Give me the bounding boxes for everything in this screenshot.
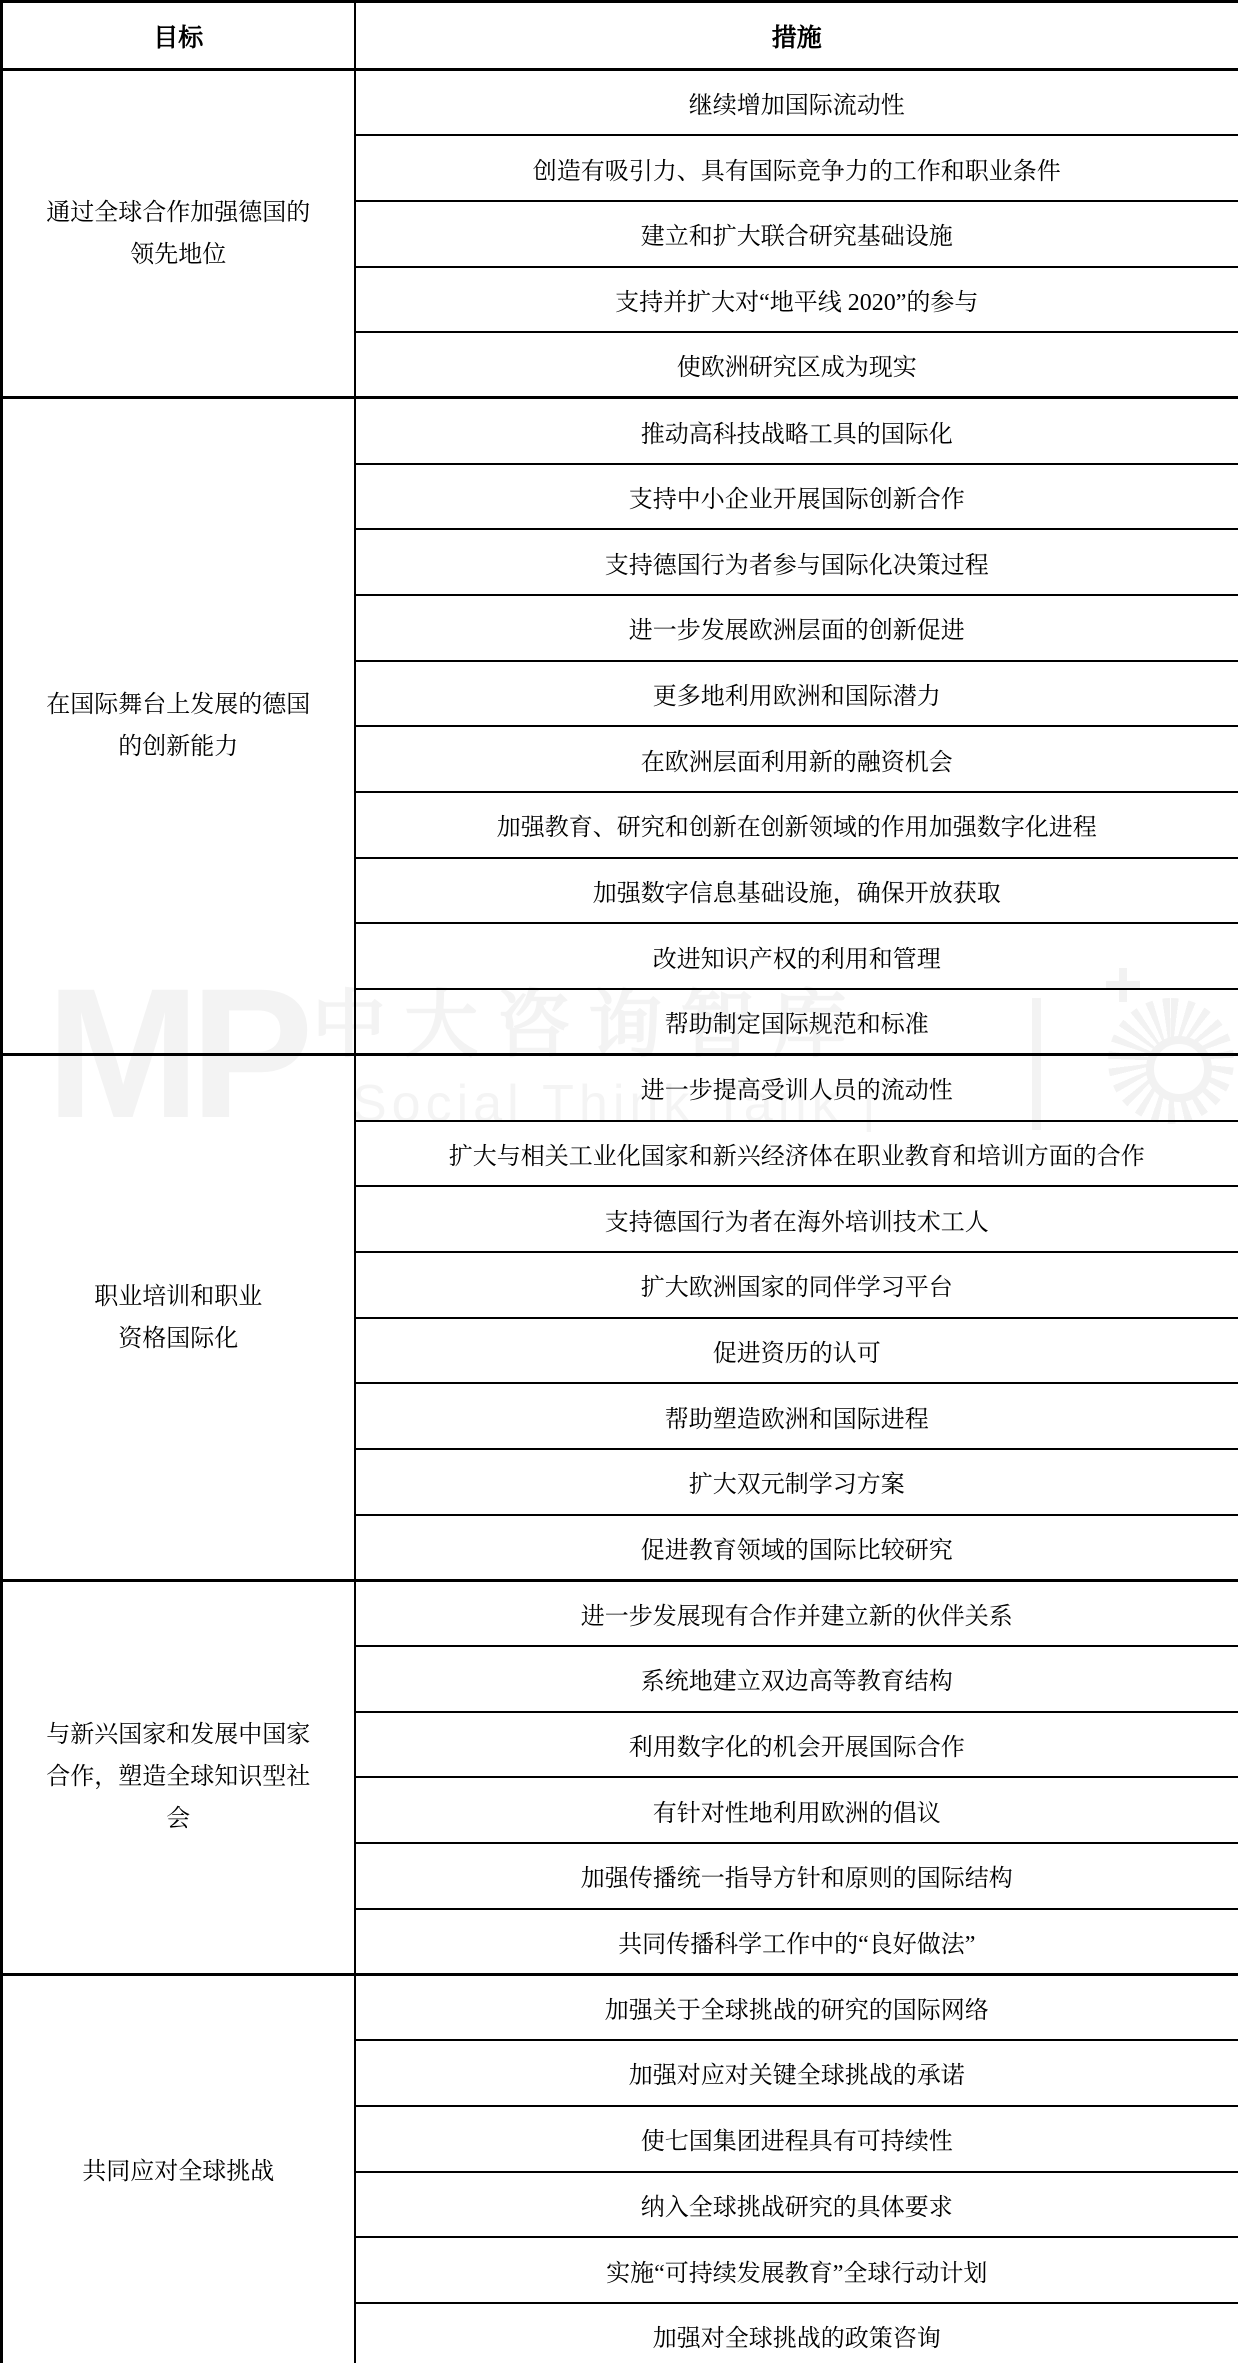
goal-text-line: 合作，塑造全球知识型社 (31, 1756, 326, 1798)
measure-cell: 帮助塑造欧洲和国际进程 (355, 1383, 1238, 1449)
measure-cell: 促进教育领域的国际比较研究 (355, 1515, 1238, 1581)
goal-text-line: 共同应对全球挑战 (31, 2151, 326, 2193)
page: MP 中大咨询智库 Social Think Tank | 目标 措施 通过全球… (0, 0, 1238, 2363)
measure-cell: 纳入全球挑战研究的具体要求 (355, 2172, 1238, 2238)
measure-cell: 扩大双元制学习方案 (355, 1449, 1238, 1515)
measure-cell: 支持中小企业开展国际创新合作 (355, 464, 1238, 530)
measure-cell: 建立和扩大联合研究基础设施 (355, 201, 1238, 267)
goal-cell-section-1: 通过全球合作加强德国的领先地位 (2, 70, 355, 398)
measure-cell: 系统地建立双边高等教育结构 (355, 1646, 1238, 1712)
measure-cell: 更多地利用欧洲和国际潜力 (355, 661, 1238, 727)
header-row: 目标 措施 (2, 2, 1238, 70)
measure-cell: 实施“可持续发展教育”全球行动计划 (355, 2237, 1238, 2303)
measure-cell: 加强对应对关键全球挑战的承诺 (355, 2040, 1238, 2106)
measure-cell: 帮助制定国际规范和标准 (355, 989, 1238, 1055)
measure-cell: 加强数字信息基础设施，确保开放获取 (355, 858, 1238, 924)
header-measures: 措施 (355, 2, 1238, 70)
measure-cell: 加强传播统一指导方针和原则的国际结构 (355, 1843, 1238, 1909)
measure-cell: 加强教育、研究和创新在创新领域的作用加强数字化进程 (355, 792, 1238, 858)
table-body: 通过全球合作加强德国的领先地位继续增加国际流动性创造有吸引力、具有国际竞争力的工… (2, 70, 1238, 2363)
measure-cell: 利用数字化的机会开展国际合作 (355, 1712, 1238, 1778)
measure-cell: 使七国集团进程具有可持续性 (355, 2106, 1238, 2172)
goal-cell-section-4: 与新兴国家和发展中国家合作，塑造全球知识型社会 (2, 1580, 355, 1974)
measure-cell: 使欧洲研究区成为现实 (355, 332, 1238, 398)
goal-text-line: 资格国际化 (31, 1318, 326, 1360)
goal-text-line: 职业培训和职业 (31, 1276, 326, 1318)
goal-text-line: 与新兴国家和发展中国家 (31, 1714, 326, 1756)
measure-cell: 有针对性地利用欧洲的倡议 (355, 1777, 1238, 1843)
measure-cell: 共同传播科学工作中的“良好做法” (355, 1909, 1238, 1975)
measure-cell: 在欧洲层面利用新的融资机会 (355, 726, 1238, 792)
measure-cell: 加强关于全球挑战的研究的国际网络 (355, 1974, 1238, 2040)
table-row: 职业培训和职业资格国际化进一步提高受训人员的流动性 (2, 1055, 1238, 1121)
table-row: 共同应对全球挑战加强关于全球挑战的研究的国际网络 (2, 1974, 1238, 2040)
measure-cell: 推动高科技战略工具的国际化 (355, 398, 1238, 464)
goal-text-line: 领先地位 (31, 234, 326, 276)
measure-cell: 扩大与相关工业化国家和新兴经济体在职业教育和培训方面的合作 (355, 1121, 1238, 1187)
measure-cell: 进一步发展现有合作并建立新的伙伴关系 (355, 1580, 1238, 1646)
table-row: 在国际舞台上发展的德国的创新能力推动高科技战略工具的国际化 (2, 398, 1238, 464)
measure-cell: 改进知识产权的利用和管理 (355, 923, 1238, 989)
measure-cell: 促进资历的认可 (355, 1318, 1238, 1384)
measure-cell: 支持并扩大对“地平线 2020”的参与 (355, 267, 1238, 333)
goal-text-line: 在国际舞台上发展的德国 (31, 684, 326, 726)
measure-cell: 进一步发展欧洲层面的创新促进 (355, 595, 1238, 661)
goal-cell-section-3: 职业培训和职业资格国际化 (2, 1055, 355, 1581)
table-row: 与新兴国家和发展中国家合作，塑造全球知识型社会进一步发展现有合作并建立新的伙伴关… (2, 1580, 1238, 1646)
goal-text-line: 会 (31, 1798, 326, 1840)
measure-cell: 扩大欧洲国家的同伴学习平台 (355, 1252, 1238, 1318)
goal-cell-section-5: 共同应对全球挑战 (2, 1974, 355, 2363)
goals-measures-table: 目标 措施 通过全球合作加强德国的领先地位继续增加国际流动性创造有吸引力、具有国… (0, 0, 1238, 2363)
measure-cell: 进一步提高受训人员的流动性 (355, 1055, 1238, 1121)
table-row: 通过全球合作加强德国的领先地位继续增加国际流动性 (2, 70, 1238, 136)
measure-cell: 继续增加国际流动性 (355, 70, 1238, 136)
goal-cell-section-2: 在国际舞台上发展的德国的创新能力 (2, 398, 355, 1055)
measure-cell: 加强对全球挑战的政策咨询 (355, 2303, 1238, 2363)
measure-cell: 支持德国行为者参与国际化决策过程 (355, 529, 1238, 595)
measure-cell: 创造有吸引力、具有国际竞争力的工作和职业条件 (355, 135, 1238, 201)
goal-text-line: 的创新能力 (31, 726, 326, 768)
goal-text-line: 通过全球合作加强德国的 (31, 192, 326, 234)
measure-cell: 支持德国行为者在海外培训技术工人 (355, 1186, 1238, 1252)
table-header: 目标 措施 (2, 2, 1238, 70)
header-goal: 目标 (2, 2, 355, 70)
